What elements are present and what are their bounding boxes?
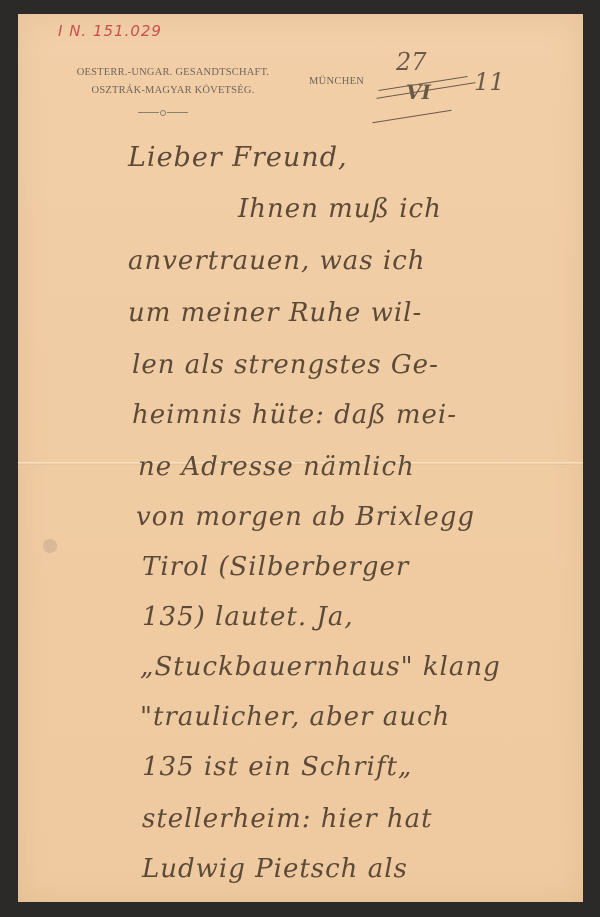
letterhead-hungarian: OSZTRÁK-MAGYAR KÖVETSÉG.	[38, 82, 308, 100]
text-line: Tirol (Silberberger	[142, 552, 409, 582]
paper-stain	[43, 539, 57, 553]
text-line: stellerheim: hier hat	[142, 804, 433, 834]
handwritten-date: 27 VI 11	[370, 48, 530, 128]
text-line: von morgen ab Brixlegg	[136, 502, 475, 532]
text-line: heimnis hüte: daß mei-	[132, 400, 457, 430]
text-line: anvertrauen, was ich	[128, 246, 426, 276]
letterhead-ornament	[138, 110, 188, 116]
text-line: Ludwig Pietsch als	[142, 854, 408, 884]
letter-page: I N. 151.029 OESTERR.-UNGAR. GESANDTSCHA…	[18, 14, 583, 902]
text-line: um meiner Ruhe wil-	[128, 298, 422, 328]
date-year: 11	[474, 68, 505, 96]
place-label: MÜNCHEN	[309, 76, 364, 87]
text-line: Ihnen muß ich	[238, 194, 442, 224]
text-line: ne Adresse nämlich	[138, 452, 415, 482]
salutation-line: Lieber Freund,	[128, 142, 348, 173]
archive-number: I N. 151.029	[58, 22, 162, 40]
text-line: „Stuckbauernhaus" klang	[140, 652, 501, 682]
text-line: 135 ist ein Schrift„	[142, 752, 412, 782]
letterhead-german: OESTERR.-UNGAR. GESANDTSCHAFT.	[38, 64, 308, 82]
letterhead: OESTERR.-UNGAR. GESANDTSCHAFT. OSZTRÁK-M…	[38, 64, 308, 100]
text-line: len als strengstes Ge-	[132, 350, 439, 380]
date-month: VI	[406, 80, 431, 104]
date-day: 27	[396, 48, 427, 76]
text-line: "traulicher, aber auch	[140, 702, 450, 732]
text-line: 135) lautet. Ja,	[142, 602, 354, 632]
